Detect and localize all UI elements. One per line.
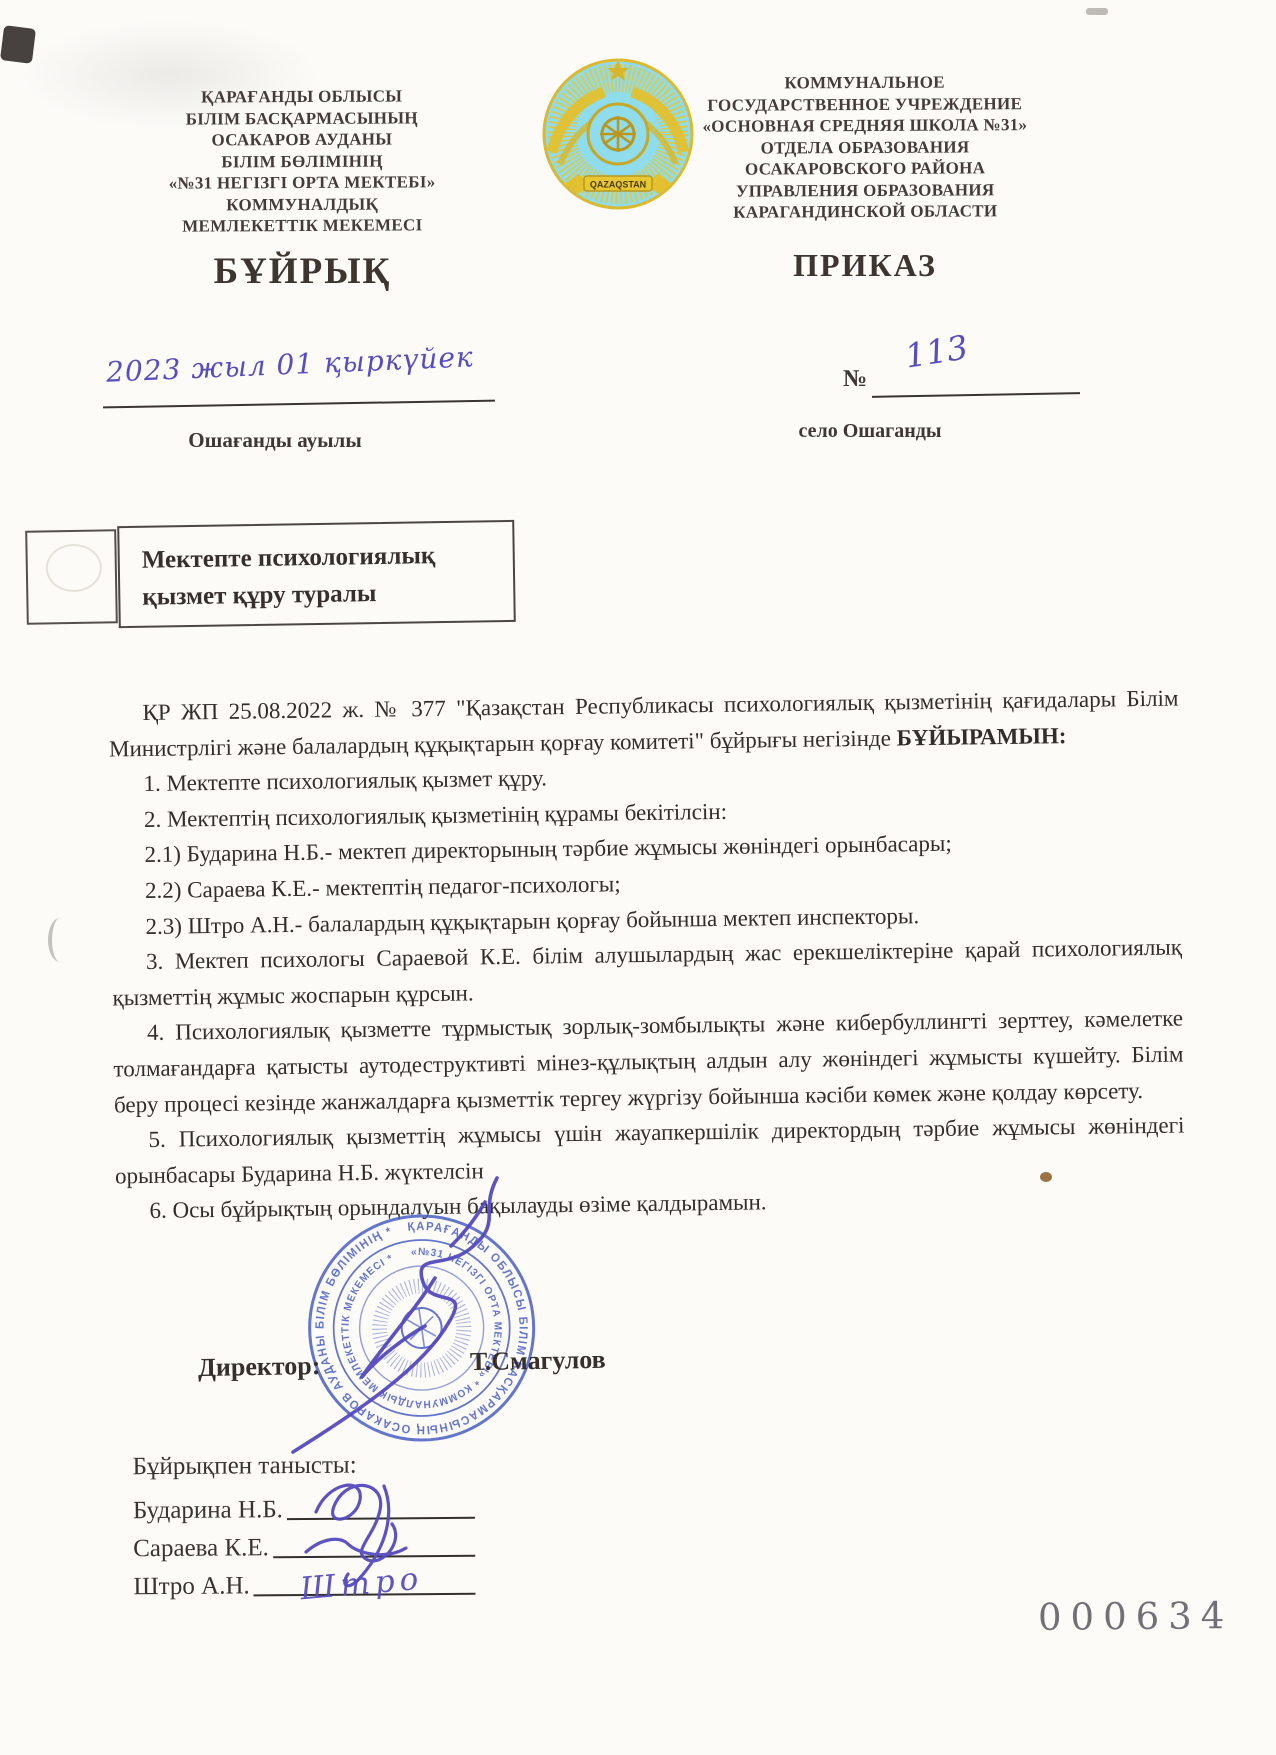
order-title-kazakh: БҰЙРЫҚ: [105, 250, 500, 293]
org-name-kk-line: БІЛІМ БӨЛІМІНІҢ: [102, 149, 502, 173]
order-title-russian: ПРИКАЗ: [665, 247, 1065, 284]
subject-line: Мектепте психологиялық: [141, 537, 435, 579]
person-name: Сараева К.Е.: [133, 1534, 269, 1563]
number-sign: №: [843, 366, 867, 393]
place-kazakh: Ошағанды ауылы: [140, 428, 410, 453]
handwritten-order-number: 113: [902, 327, 970, 375]
scan-edge-mark: [1086, 8, 1108, 15]
org-name-kk-line: «№31 НЕГІЗГІ ОРТА МЕКТЕБІ»: [102, 171, 502, 195]
margin-box: [25, 529, 118, 625]
org-name-kk: ҚАРАҒАНДЫ ОБЛЫСЫ БІЛІМ БАСҚАРМАСЫНЫҢ ОСА…: [102, 85, 503, 238]
place-russian: село Ошаганды: [740, 420, 1000, 443]
org-name-kk-line: ҚАРАҒАНДЫ ОБЛЫСЫ: [102, 85, 502, 109]
person-name: Бударина Н.Б.: [133, 1496, 283, 1525]
org-name-ru-line: ГОСУДАРСТВЕННОЕ УЧРЕЖДЕНИЕ: [665, 92, 1065, 116]
org-name-ru-line: КОММУНАЛЬНОЕ: [665, 71, 1065, 95]
org-name-ru-line: УПРАВЛЕНИЯ ОБРАЗОВАНИЯ: [665, 178, 1065, 202]
number-underline: [872, 392, 1080, 398]
hole-punch-mark: [45, 543, 102, 592]
date-underline: [103, 400, 495, 409]
kazakhstan-emblem-icon: QAZAQSTAN: [538, 52, 698, 217]
org-name-ru: КОММУНАЛЬНОЕ ГОСУДАРСТВЕННОЕ УЧРЕЖДЕНИЕ …: [665, 71, 1066, 224]
body-intro: ҚР ЖП 25.08.2022 ж. № 377 "Қазақстан Рес…: [108, 681, 1179, 767]
org-name-kk-line: КОММУНАЛДЫҚ: [102, 192, 502, 216]
org-name-ru-line: «ОСНОВНАЯ СРЕДНЯЯ ШКОЛА №31»: [665, 114, 1065, 138]
body-intro-bold: БҰЙЫРАМЫН:: [896, 723, 1066, 750]
org-name-ru-line: КАРАГАНДИНСКОЙ ОБЛАСТИ: [665, 200, 1065, 224]
org-name-kk-line: МЕМЛЕКЕТТІК МЕКЕМЕСІ: [102, 214, 502, 238]
scan-arc-mark: [48, 918, 72, 962]
handwritten-date: 2023 жыл 01 қыркүйек: [105, 340, 474, 388]
subject-box: Мектепте психологиялық қызмет құру турал…: [117, 520, 516, 628]
director-name: Т.Смагулов: [470, 1345, 606, 1377]
order-item: 4. Психологиялық қызметте тұрмыстық зорл…: [113, 1001, 1184, 1123]
org-name-ru-line: ОСАКАРОВСКОГО РАЙОНА: [665, 157, 1065, 181]
subject-line: қызмет құру туралы: [142, 574, 436, 616]
emblem-country-label: QAZAQSTAN: [590, 180, 646, 190]
document-serial-number: 000634: [1038, 1594, 1234, 1639]
person-name: Штро А.Н.: [133, 1572, 250, 1601]
org-name-kk-line: ОСАКАРОВ АУДАНЫ: [102, 128, 502, 152]
director-label: Директор:: [198, 1351, 321, 1383]
order-body: ҚР ЖП 25.08.2022 ж. № 377 "Қазақстан Рес…: [108, 681, 1185, 1230]
director-signature: [265, 1150, 525, 1475]
org-name-kk-line: БІЛІМ БАСҚАРМАСЫНЫҢ: [102, 106, 502, 130]
scanned-order-document: ҚАРАҒАНДЫ ОБЛЫСЫ БІЛІМ БАСҚАРМАСЫНЫҢ ОСА…: [0, 0, 1276, 1755]
org-name-ru-line: ОТДЕЛА ОБРАЗОВАНИЯ: [665, 135, 1065, 159]
